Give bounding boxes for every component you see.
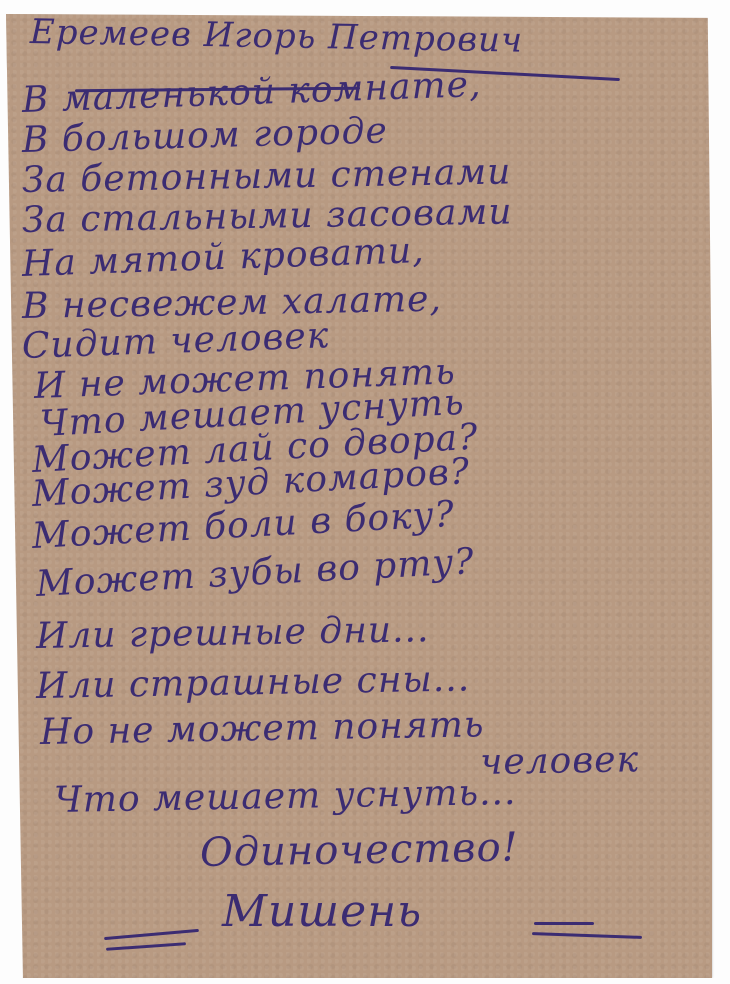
poem-line-14: Или грешные дни... — [36, 609, 430, 657]
signature: Мишень — [222, 886, 422, 937]
poem-line-4: За стальными засовами — [22, 191, 513, 241]
poem-line-15: Или страшные сны... — [36, 658, 471, 707]
poem-line-18: Что мешает уснуть... — [54, 772, 517, 821]
signature-dash-right-1 — [534, 922, 594, 925]
poem-line-19: Одиночество! — [200, 824, 519, 876]
poem-line-16: Но не может понять — [40, 704, 485, 753]
